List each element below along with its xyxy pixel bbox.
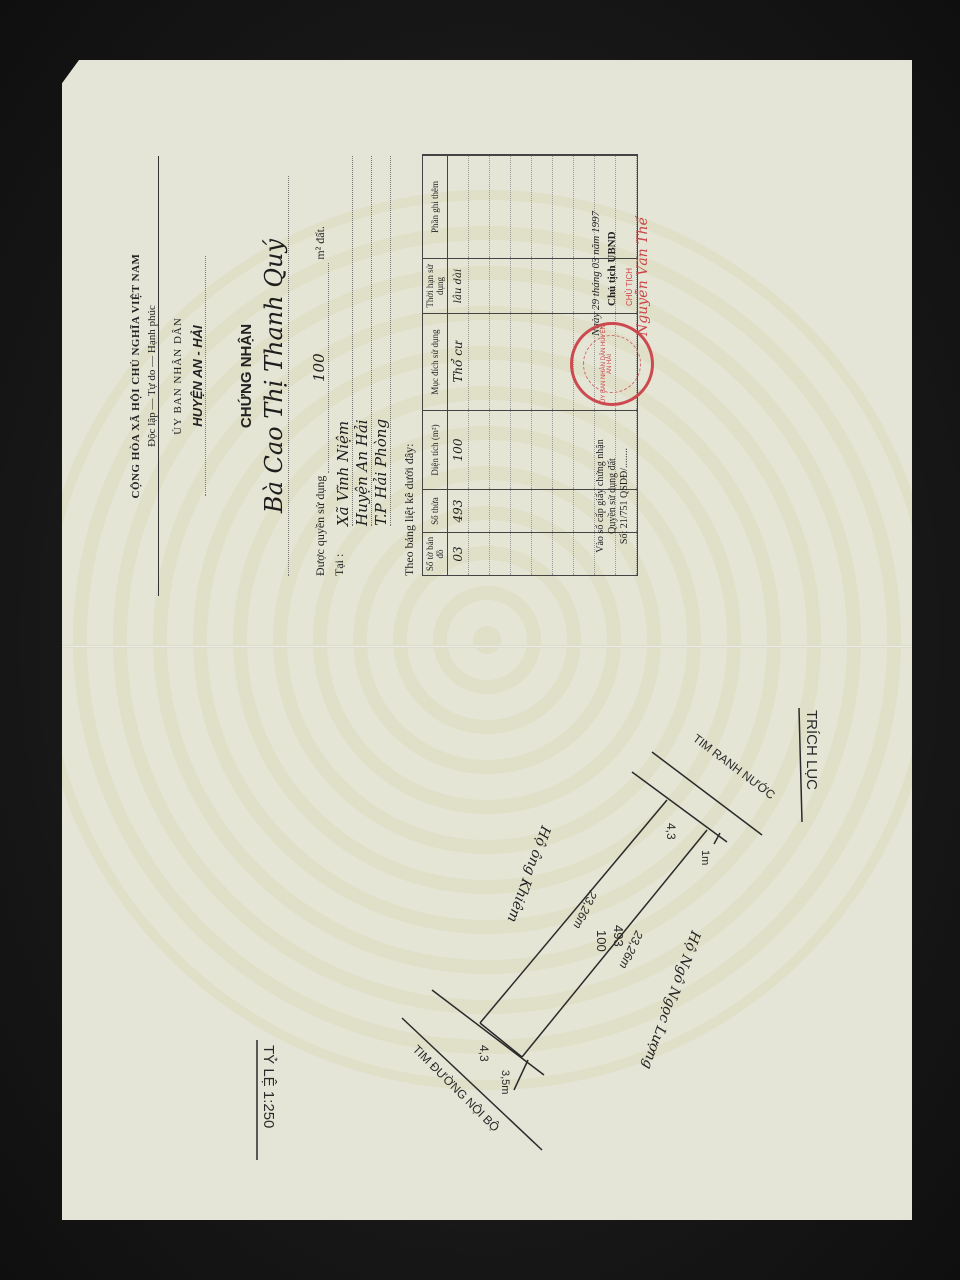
plot-extract-sketch: TRÍCH LỤC TỶ LỆ 1:250 TIM RANH NƯỚC TIM … (62, 60, 912, 1220)
neighbor-left: Hộ ông Khiêm (504, 823, 554, 925)
width-bottom-label: 4,3 (477, 1045, 491, 1062)
extract-title: TRÍCH LỤC (803, 710, 820, 790)
scale-label: TỶ LỆ 1:250 (260, 1045, 277, 1128)
certificate-sheet: CỘNG HÒA XÃ HỘI CHỦ NGHĨA VIỆT NAM Độc l… (62, 60, 912, 1220)
setback-bottom-label: 3,5m (499, 1070, 511, 1094)
parcel-number: 493 (611, 925, 626, 947)
parcel-top-edge-ext (632, 772, 727, 842)
setback-tick-bottom (514, 1060, 528, 1090)
width-top-label: 4,3 (664, 823, 678, 840)
neighbor-right: Hộ Ngô Ngọc Lượng (638, 928, 703, 1071)
internal-road-line (402, 1018, 542, 1150)
title-underline (799, 708, 802, 822)
setback-top-label: 1m (699, 850, 711, 865)
parcel-area: 100 (594, 930, 609, 952)
